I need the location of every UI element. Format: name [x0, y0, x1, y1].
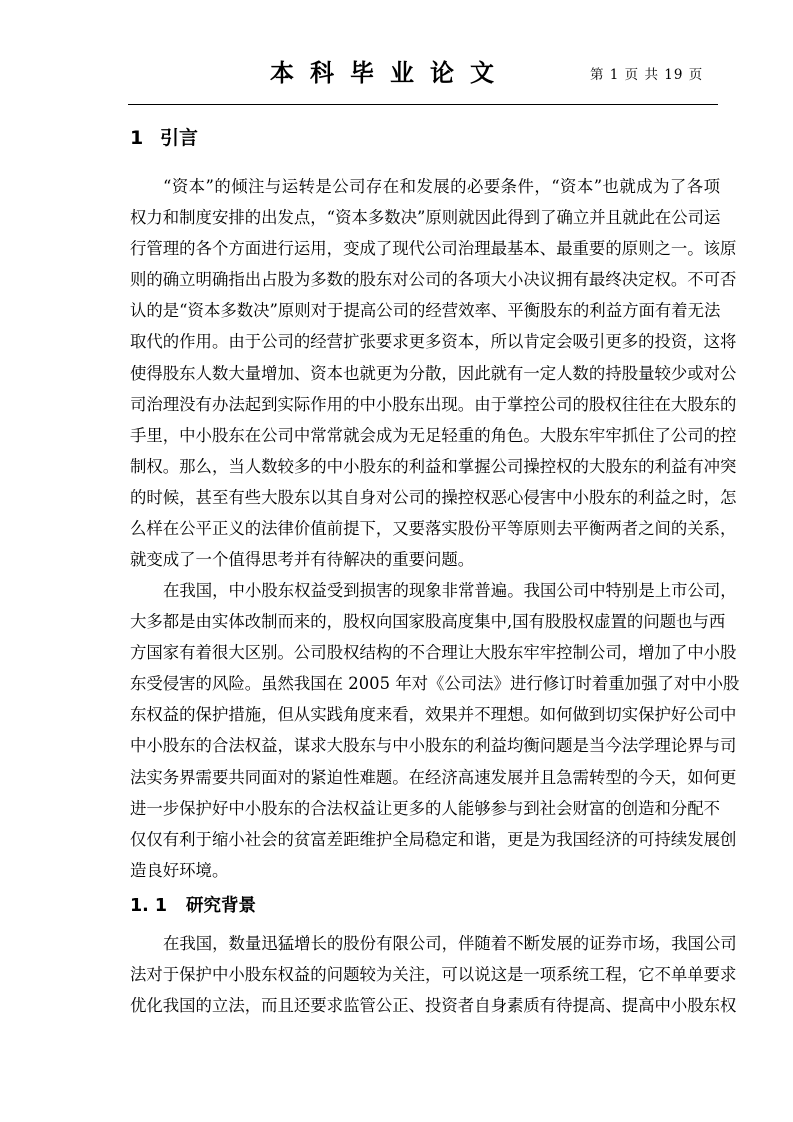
text-line: 中小股东的合法权益，谋求大股东与中小股东的利益均衡问题是当今法学理论界与司 [130, 730, 720, 761]
section-heading-1: 1引言 [130, 125, 198, 151]
text-line: 优化我国的立法，而且还要求监管公正、投资者自身素质有待提高、提高中小股东权 [130, 990, 720, 1021]
page-counter: 第 1 页 共 19 页 [590, 66, 703, 84]
text-line: 法对于保护中小股东权益的问题较为关注，可以说这是一项系统工程，它不单单要求 [130, 959, 720, 990]
text-line: 就变成了一个值得思考并有待解决的重要问题。 [130, 544, 720, 575]
text-line: 制权。那么，当人数较多的中小股东的利益和掌握公司操控权的大股东的利益有冲突 [130, 451, 720, 482]
text-line: 取代的作用。由于公司的经营扩张要求更多资本，所以肯定会吸引更多的投资，这将 [130, 326, 720, 357]
text-line: 大多都是由实体改制而来的，股权向国家股高度集中,国有股股权虚置的问题也与西 [130, 606, 720, 637]
header-divider [128, 104, 718, 105]
intro-paragraph-1: “资本”的倾注与运转是公司存在和发展的必要条件，“资本”也就成为了各项 权力和制… [130, 171, 720, 575]
document-page: 本科毕业论文 第 1 页 共 19 页 1引言 “资本”的倾注与运转是公司存在和… [0, 0, 793, 1122]
text-line: 权力和制度安排的出发点，“资本多数决”原则就因此得到了确立并且就此在公司运 [130, 202, 720, 233]
text-line: “资本”的倾注与运转是公司存在和发展的必要条件，“资本”也就成为了各项 [130, 171, 720, 202]
text-line: 认的是“资本多数决”原则对于提高公司的经营效率、平衡股东的利益方面有着无法 [130, 295, 720, 326]
section-number: 1 [130, 125, 160, 151]
text-line: 的时候，甚至有些大股东以其自身对公司的操控权恶心侵害中小股东的利益之时，怎 [130, 482, 720, 513]
text-line: 在我国，数量迅猛增长的股份有限公司，伴随着不断发展的证券市场，我国公司 [130, 928, 720, 959]
text-line: 仅仅有利于缩小社会的贫富差距维护全局稳定和谐，更是为我国经济的可持续发展创 [130, 824, 720, 855]
background-paragraph-1: 在我国，数量迅猛增长的股份有限公司，伴随着不断发展的证券市场，我国公司 法对于保… [130, 928, 720, 1021]
text-line: 造良好环境。 [130, 855, 720, 886]
text-line: 东权益的保护措施，但从实践角度来看，效果并不理想。如何做到切实保护好公司中 [130, 699, 720, 730]
section-title: 研究背景 [186, 896, 256, 916]
text-line: 方国家有着很大区别。公司股权结构的不合理让大股东牢牢控制公司，增加了中小股 [130, 637, 720, 668]
text-line: 使得股东人数大量增加、资本也就更为分散，因此就有一定人数的持股量较少或对公 [130, 358, 720, 389]
text-line: 手里，中小股东在公司中常常就会成为无足轻重的角色。大股东牢牢抓住了公司的控 [130, 420, 720, 451]
text-line: 么样在公平正义的法律价值前提下，又要落实股份平等原则去平衡两者之间的关系， [130, 513, 720, 544]
text-line: 进一步保护好中小股东的合法权益让更多的人能够参与到社会财富的创造和分配不 [130, 793, 720, 824]
text-line: 司治理没有办法起到实际作用的中小股东出现。由于掌控公司的股权往往在大股东的 [130, 389, 720, 420]
text-line: 东受侵害的风险。虽然我国在 2005 年对《公司法》进行修订时着重加强了对中小股 [130, 668, 720, 699]
text-line: 行管理的各个方面进行运用，变成了现代公司治理最基本、最重要的原则之一。该原 [130, 233, 720, 264]
header-title: 本科毕业论文 [270, 57, 530, 89]
intro-paragraph-2: 在我国，中小股东权益受到损害的现象非常普遍。我国公司中特别是上市公司， 大多都是… [130, 575, 720, 886]
text-line: 法实务界需要共同面对的紧迫性难题。在经济高速发展并且急需转型的今天，如何更 [130, 762, 720, 793]
text-line: 则的确立明确指出占股为多数的股东对公司的各项大小决议拥有最终决定权。不可否 [130, 264, 720, 295]
text-line: 在我国，中小股东权益受到损害的现象非常普遍。我国公司中特别是上市公司， [130, 575, 720, 606]
section-title: 引言 [160, 127, 198, 149]
section-heading-1-1: 1. 1研究背景 [130, 893, 256, 919]
section-number: 1. 1 [130, 893, 186, 919]
